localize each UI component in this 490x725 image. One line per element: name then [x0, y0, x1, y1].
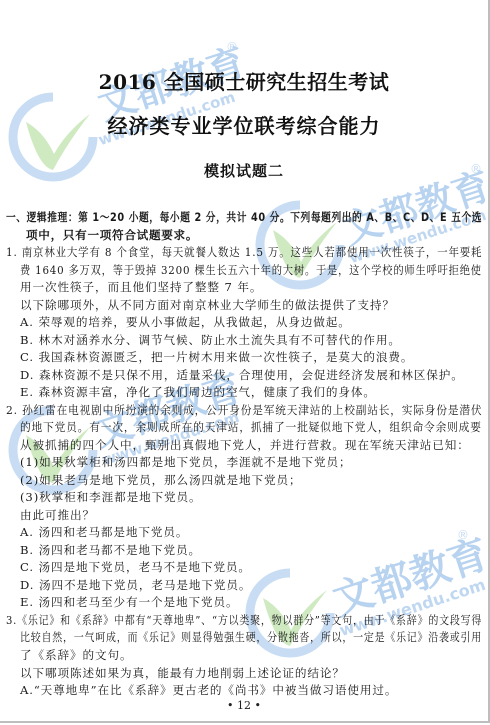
- question-3-stem: 3.《乐记》和《系辞》中都有“天尊地卑”、“方以类聚，物以群分”等文句，由于《系…: [6, 613, 482, 627]
- section-heading-cont: 项中，只有一项符合试题要求。: [26, 228, 198, 242]
- question-1-option-e: E. 森林资源丰富，净化了我们周边的空气，健康了我们的身体。: [20, 385, 376, 399]
- question-2-option-a: A. 汤四和老马都是地下党员。: [20, 525, 188, 539]
- question-1-prompt: 以下除哪项外，从不同方面对南京林业大学师生的做法提供了支持？: [20, 298, 395, 312]
- watermark-registered: ®: [226, 40, 238, 54]
- document-title-line1: 2016 全国硕士研究生招生考试: [0, 66, 488, 95]
- question-2-option-c: C. 汤四是地下党员，老马不是地下党员。: [20, 560, 251, 574]
- question-2-option-b: B. 汤四和老马都不是地下党员。: [20, 543, 201, 557]
- section-heading: 一、逻辑推理：第 1～20 小题，每小题 2 分，共计 40 分。下列每题列出的…: [6, 210, 482, 224]
- question-3-stem-cont: 了《系辞》的文句。: [20, 648, 132, 662]
- question-1-option-a: A. 荣辱观的培养，要从小事做起，从我做起，从身边做起。: [20, 315, 351, 329]
- watermark-logo-right-upper: 文都教育 www.wendu.com ®: [255, 160, 490, 300]
- question-2-premise-2: (2)如果老马是地下党员，那么汤四就是地下党员；: [20, 473, 302, 487]
- question-3-option-a: A.“天尊地卑”在比《系辞》更古老的《尚书》中被当做习语使用过。: [20, 683, 397, 697]
- question-1-stem: 1. 南京林业大学有 8 个食堂，每天就餐人数达 1.5 万。这些人若都使用一次…: [6, 245, 482, 259]
- question-2-premise-3: (3)秋掌柜和李涯都是地下党员。: [20, 490, 202, 504]
- question-1-option-c: C. 我国森林资源匮乏，把一片树木用来做一次性筷子，是莫大的浪费。: [20, 350, 413, 364]
- question-3-prompt: 以下哪项陈述如果为真，能最有力地削弱上述论证的结论？: [20, 666, 345, 680]
- question-2-option-d: D. 汤四不是地下党员，老马是地下党员。: [20, 578, 251, 592]
- question-1-option-b: B. 林木对涵养水分、调节气候、防止水土流失具有不可替代的作用。: [20, 333, 401, 347]
- document-subtitle: 模拟试题二: [0, 160, 488, 181]
- watermark-logo-right-lower: 文都教育 www.wendu.com ®: [245, 528, 485, 678]
- question-2-stem-cont: 从被抓捕的四个人中，甄别出真假地下党人，并进行营救。现在军统天津站已知：: [20, 438, 470, 452]
- question-2-prompt: 由此可推出？: [20, 508, 95, 522]
- question-1-stem-cont: 费 1640 多万双，等于毁掉 3200 棵生长五六十年的大树。于是，这个学校的…: [20, 263, 482, 277]
- watermark-registered: ®: [457, 528, 469, 542]
- question-3-stem-cont: 比较自然，一气呵成，而《乐记》则显得勉强生硬，分散拖沓，所以，一定是《乐记》沿袭…: [20, 630, 482, 644]
- question-1-option-d: D. 森林资源不是只保不用，适量采伐，合理使用，会促进经济发展和林区保护。: [20, 368, 464, 382]
- watermark-logo-left-middle: 文都教育 www.wendu.com ®: [8, 360, 238, 510]
- question-2-option-e: E. 汤四和老马至少有一个是地下党员。: [20, 595, 238, 609]
- document-title-line2: 经济类专业学位联考综合能力: [0, 110, 488, 139]
- question-1-stem-cont: 用一次性筷子，而且他们坚持了整整 7 年。: [20, 280, 262, 294]
- question-2-stem: 2. 孙红雷在电视剧中所扮演的余则成，公开身份是军统天津站的上校副站长，实际身份…: [6, 403, 482, 417]
- question-2-premise-1: (1)如果秋掌柜和汤四都是地下党员，李涯就不是地下党员；: [20, 455, 351, 469]
- exam-page: 文都教育 www.wendu.com ® 文都教育 www.wendu.com …: [0, 0, 490, 723]
- question-2-stem-cont: 的地下党员。有一次，余则成所在的天津站，抓捕了一批疑似地下党人，组织命令余则成要: [20, 420, 482, 434]
- watermark-brand: 文都教育: [325, 523, 490, 627]
- page-number: • 12 •: [0, 699, 488, 712]
